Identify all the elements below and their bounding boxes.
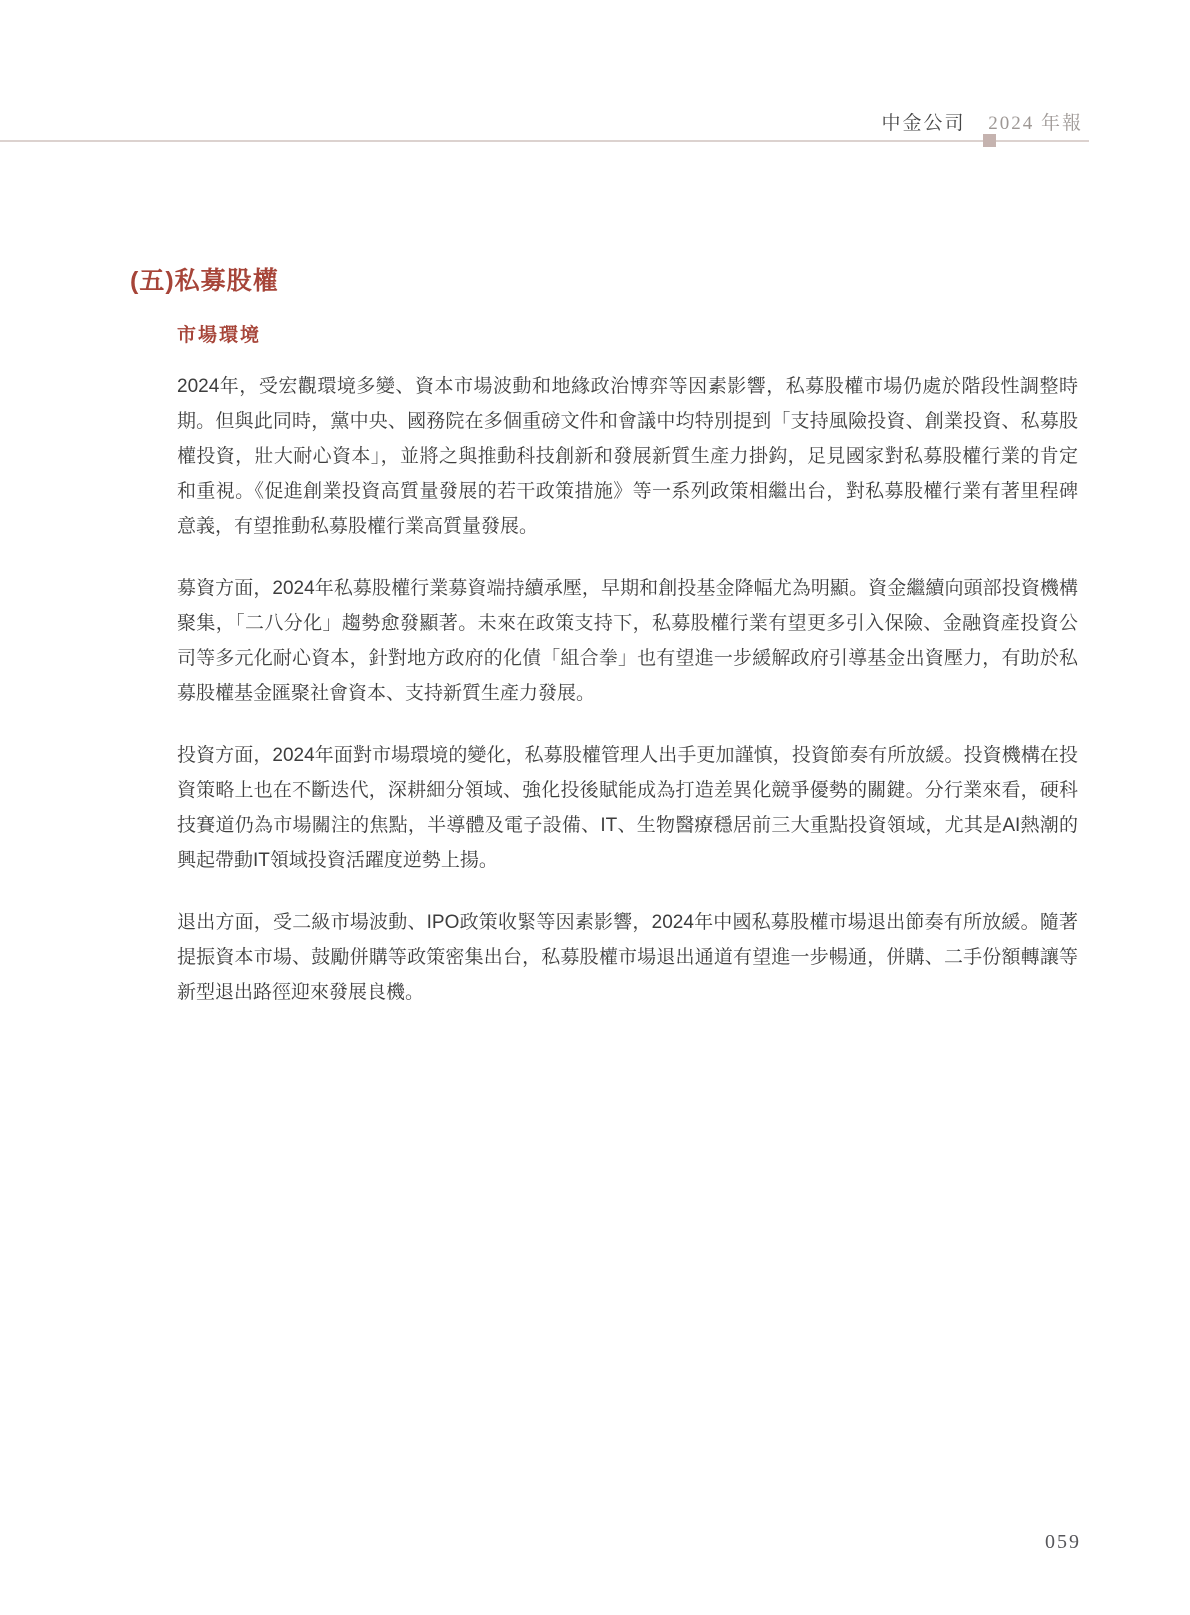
- sub-heading: 市場環境: [177, 320, 1078, 347]
- company-name: 中金公司: [881, 113, 965, 134]
- main-content: (五)私募股權 市場環境 2024年，受宏觀環境多變、資本市場波動和地緣政治博弈…: [130, 266, 1078, 1037]
- header-divider: [0, 140, 1089, 142]
- divider-marker: [983, 134, 996, 147]
- report-page: 中金公司 2024 年報 (五)私募股權 市場環境 2024年，受宏觀環境多變、…: [0, 0, 1190, 1615]
- body-paragraph: 2024年，受宏觀環境多變、資本市場波動和地緣政治博弈等因素影響，私募股權市場仍…: [177, 369, 1078, 544]
- section-heading: (五)私募股權: [130, 266, 1078, 296]
- page-number: 059: [1045, 1531, 1081, 1554]
- paragraph-block: 2024年，受宏觀環境多變、資本市場波動和地緣政治博弈等因素影響，私募股權市場仍…: [177, 369, 1078, 1010]
- report-year: 2024 年報: [988, 113, 1083, 134]
- body-paragraph: 投資方面，2024年面對市場環境的變化，私募股權管理人出手更加謹慎，投資節奏有所…: [177, 738, 1078, 878]
- body-paragraph: 退出方面，受二級市場波動、IPO政策收緊等因素影響，2024年中國私募股權市場退…: [177, 905, 1078, 1010]
- body-paragraph: 募資方面，2024年私募股權行業募資端持續承壓，早期和創投基金降幅尤為明顯。資金…: [177, 571, 1078, 711]
- page-header: 中金公司 2024 年報: [881, 108, 1083, 135]
